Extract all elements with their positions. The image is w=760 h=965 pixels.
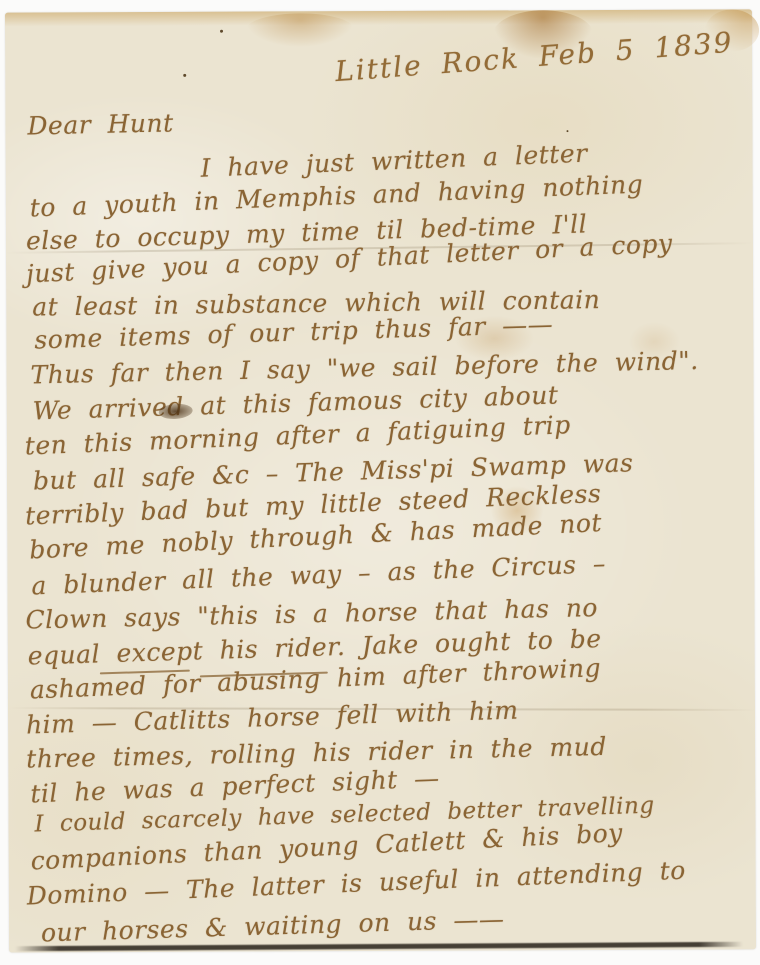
salutation: Dear Hunt xyxy=(27,108,174,140)
stain xyxy=(245,13,355,47)
speck xyxy=(220,30,223,33)
aged-top-edge xyxy=(5,9,752,26)
speck xyxy=(566,130,568,132)
letter-page: Little Rock Feb 5 1839 Dear Hunt I have … xyxy=(5,9,756,952)
letter-line: Thus far then I say "we sail before the … xyxy=(30,346,699,390)
letter-line: our horses & waiting on us —— xyxy=(41,904,505,947)
scan-background: { "document": { "kind": "scanned handwri… xyxy=(0,0,760,965)
speck xyxy=(183,74,186,77)
letter-line: him — Catlitts horse fell with him xyxy=(26,696,519,740)
